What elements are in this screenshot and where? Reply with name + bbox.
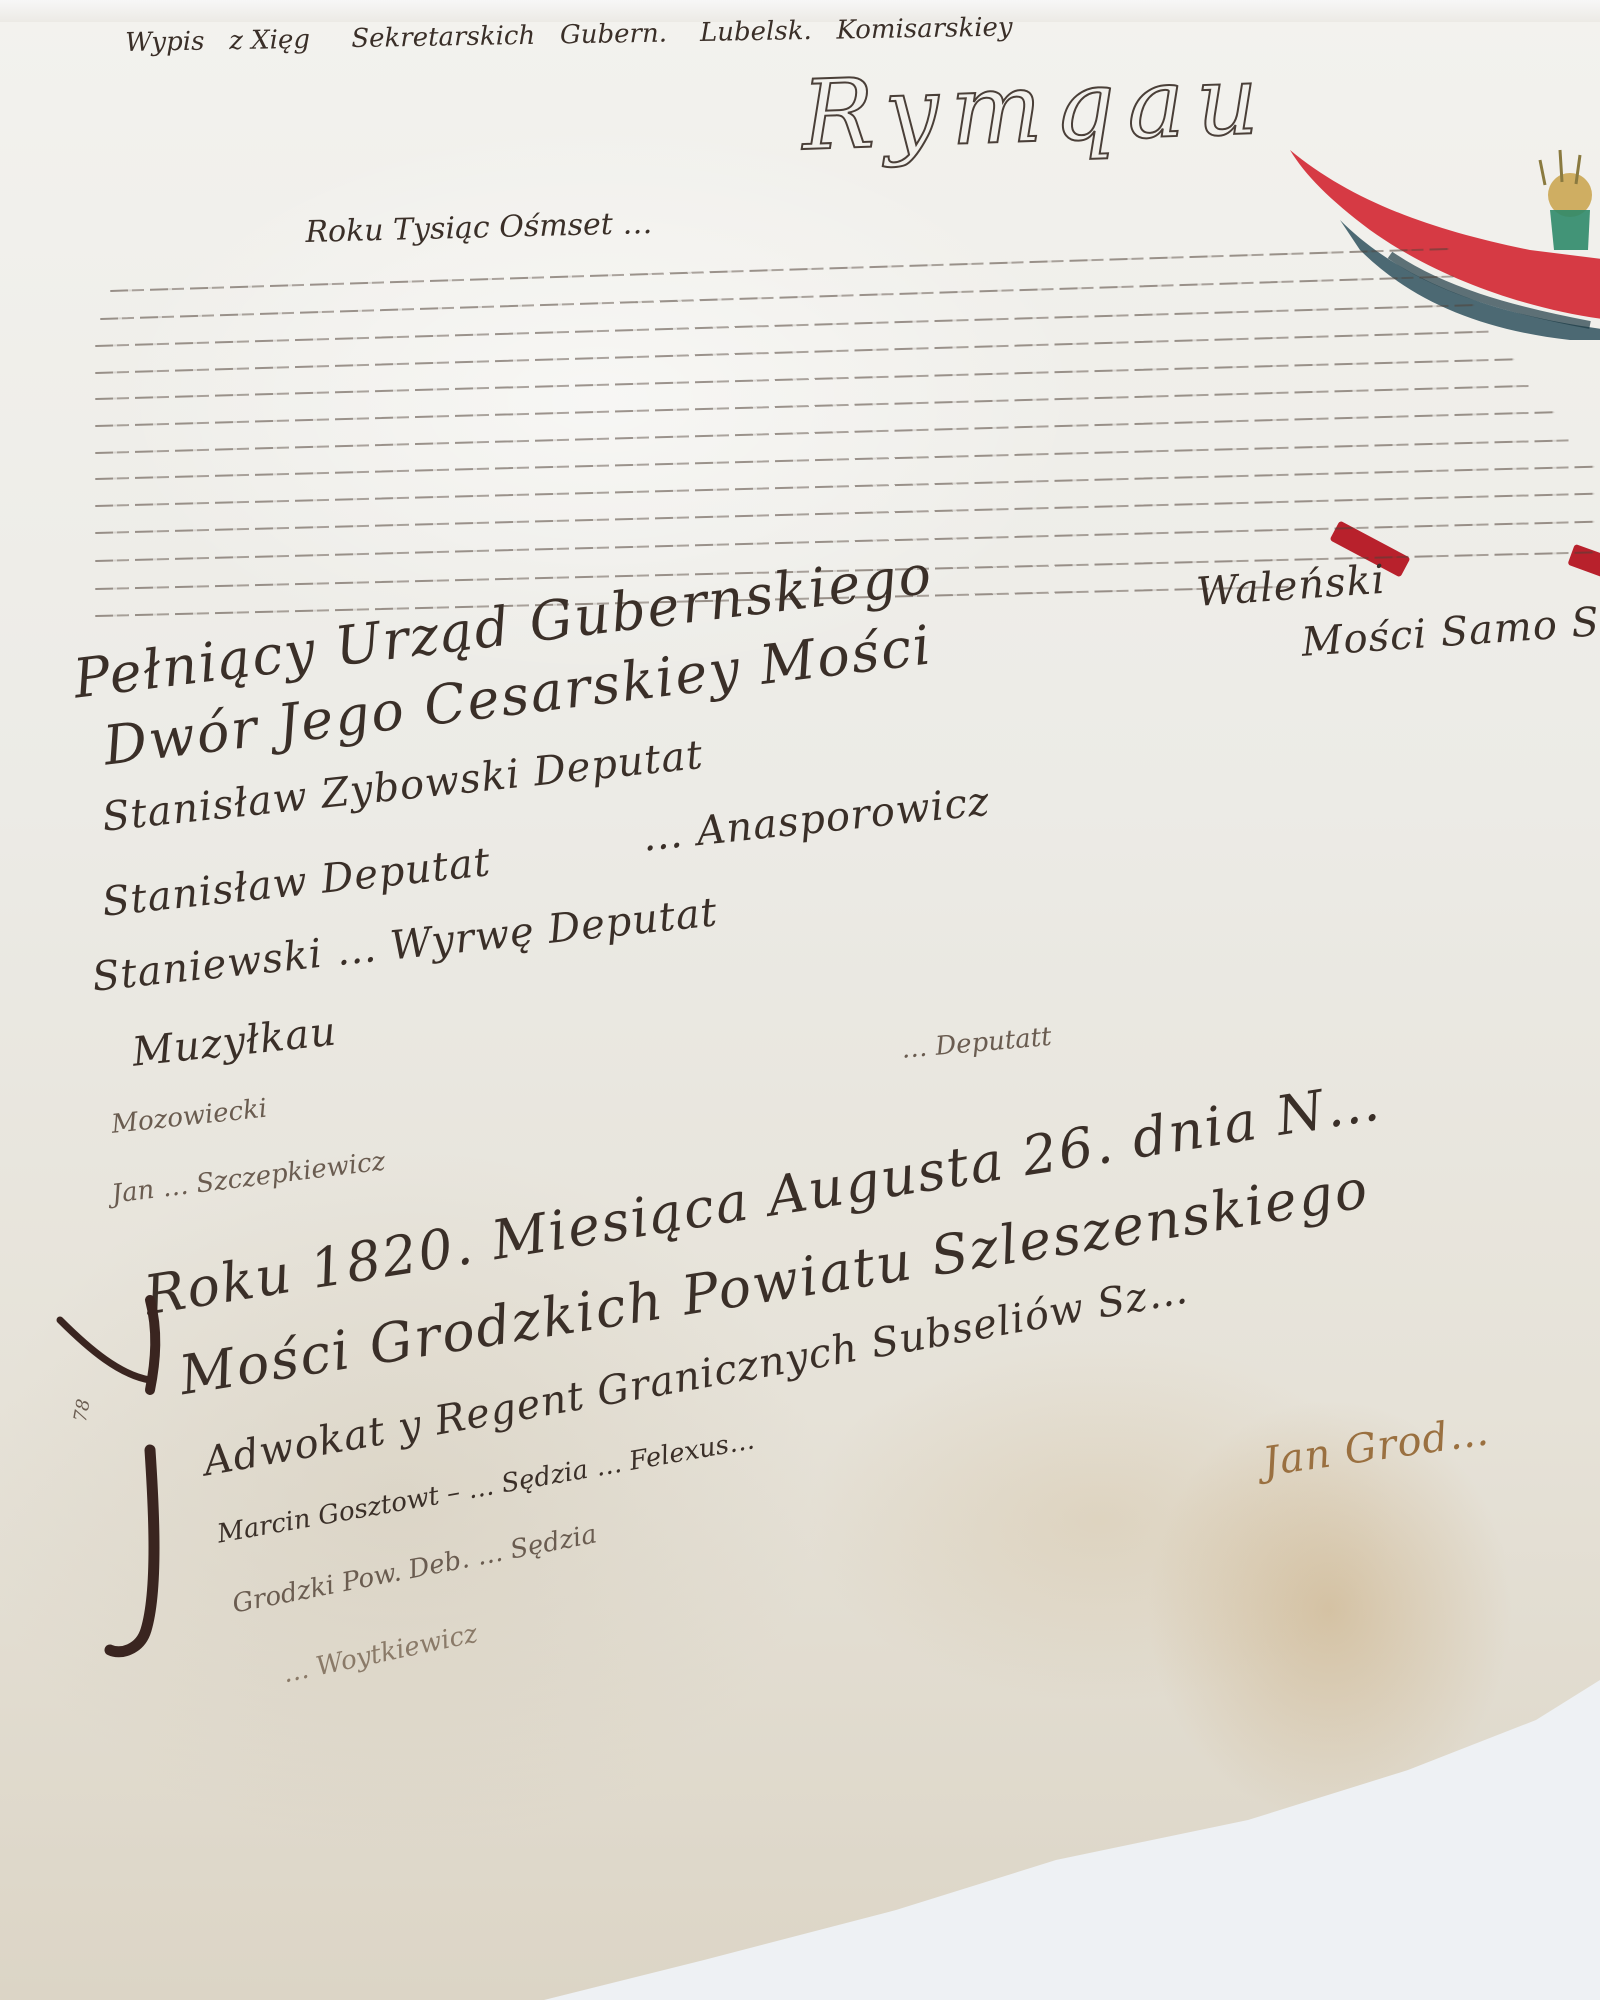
header-word: Sekretarskich — [351, 21, 535, 54]
document-title: Rymqau — [800, 44, 1272, 172]
header-word: Komisarskiey — [836, 13, 1013, 46]
margin-initial — [120, 1290, 180, 1670]
header-word: z Xięg — [229, 25, 310, 56]
header-word: Wypis — [125, 27, 205, 58]
header-word: Gubern. — [560, 19, 667, 51]
initial-j-glyph-icon — [50, 1290, 170, 1670]
header-word: Lubelsk. — [700, 16, 812, 48]
margin-number: 78 — [70, 1397, 95, 1423]
